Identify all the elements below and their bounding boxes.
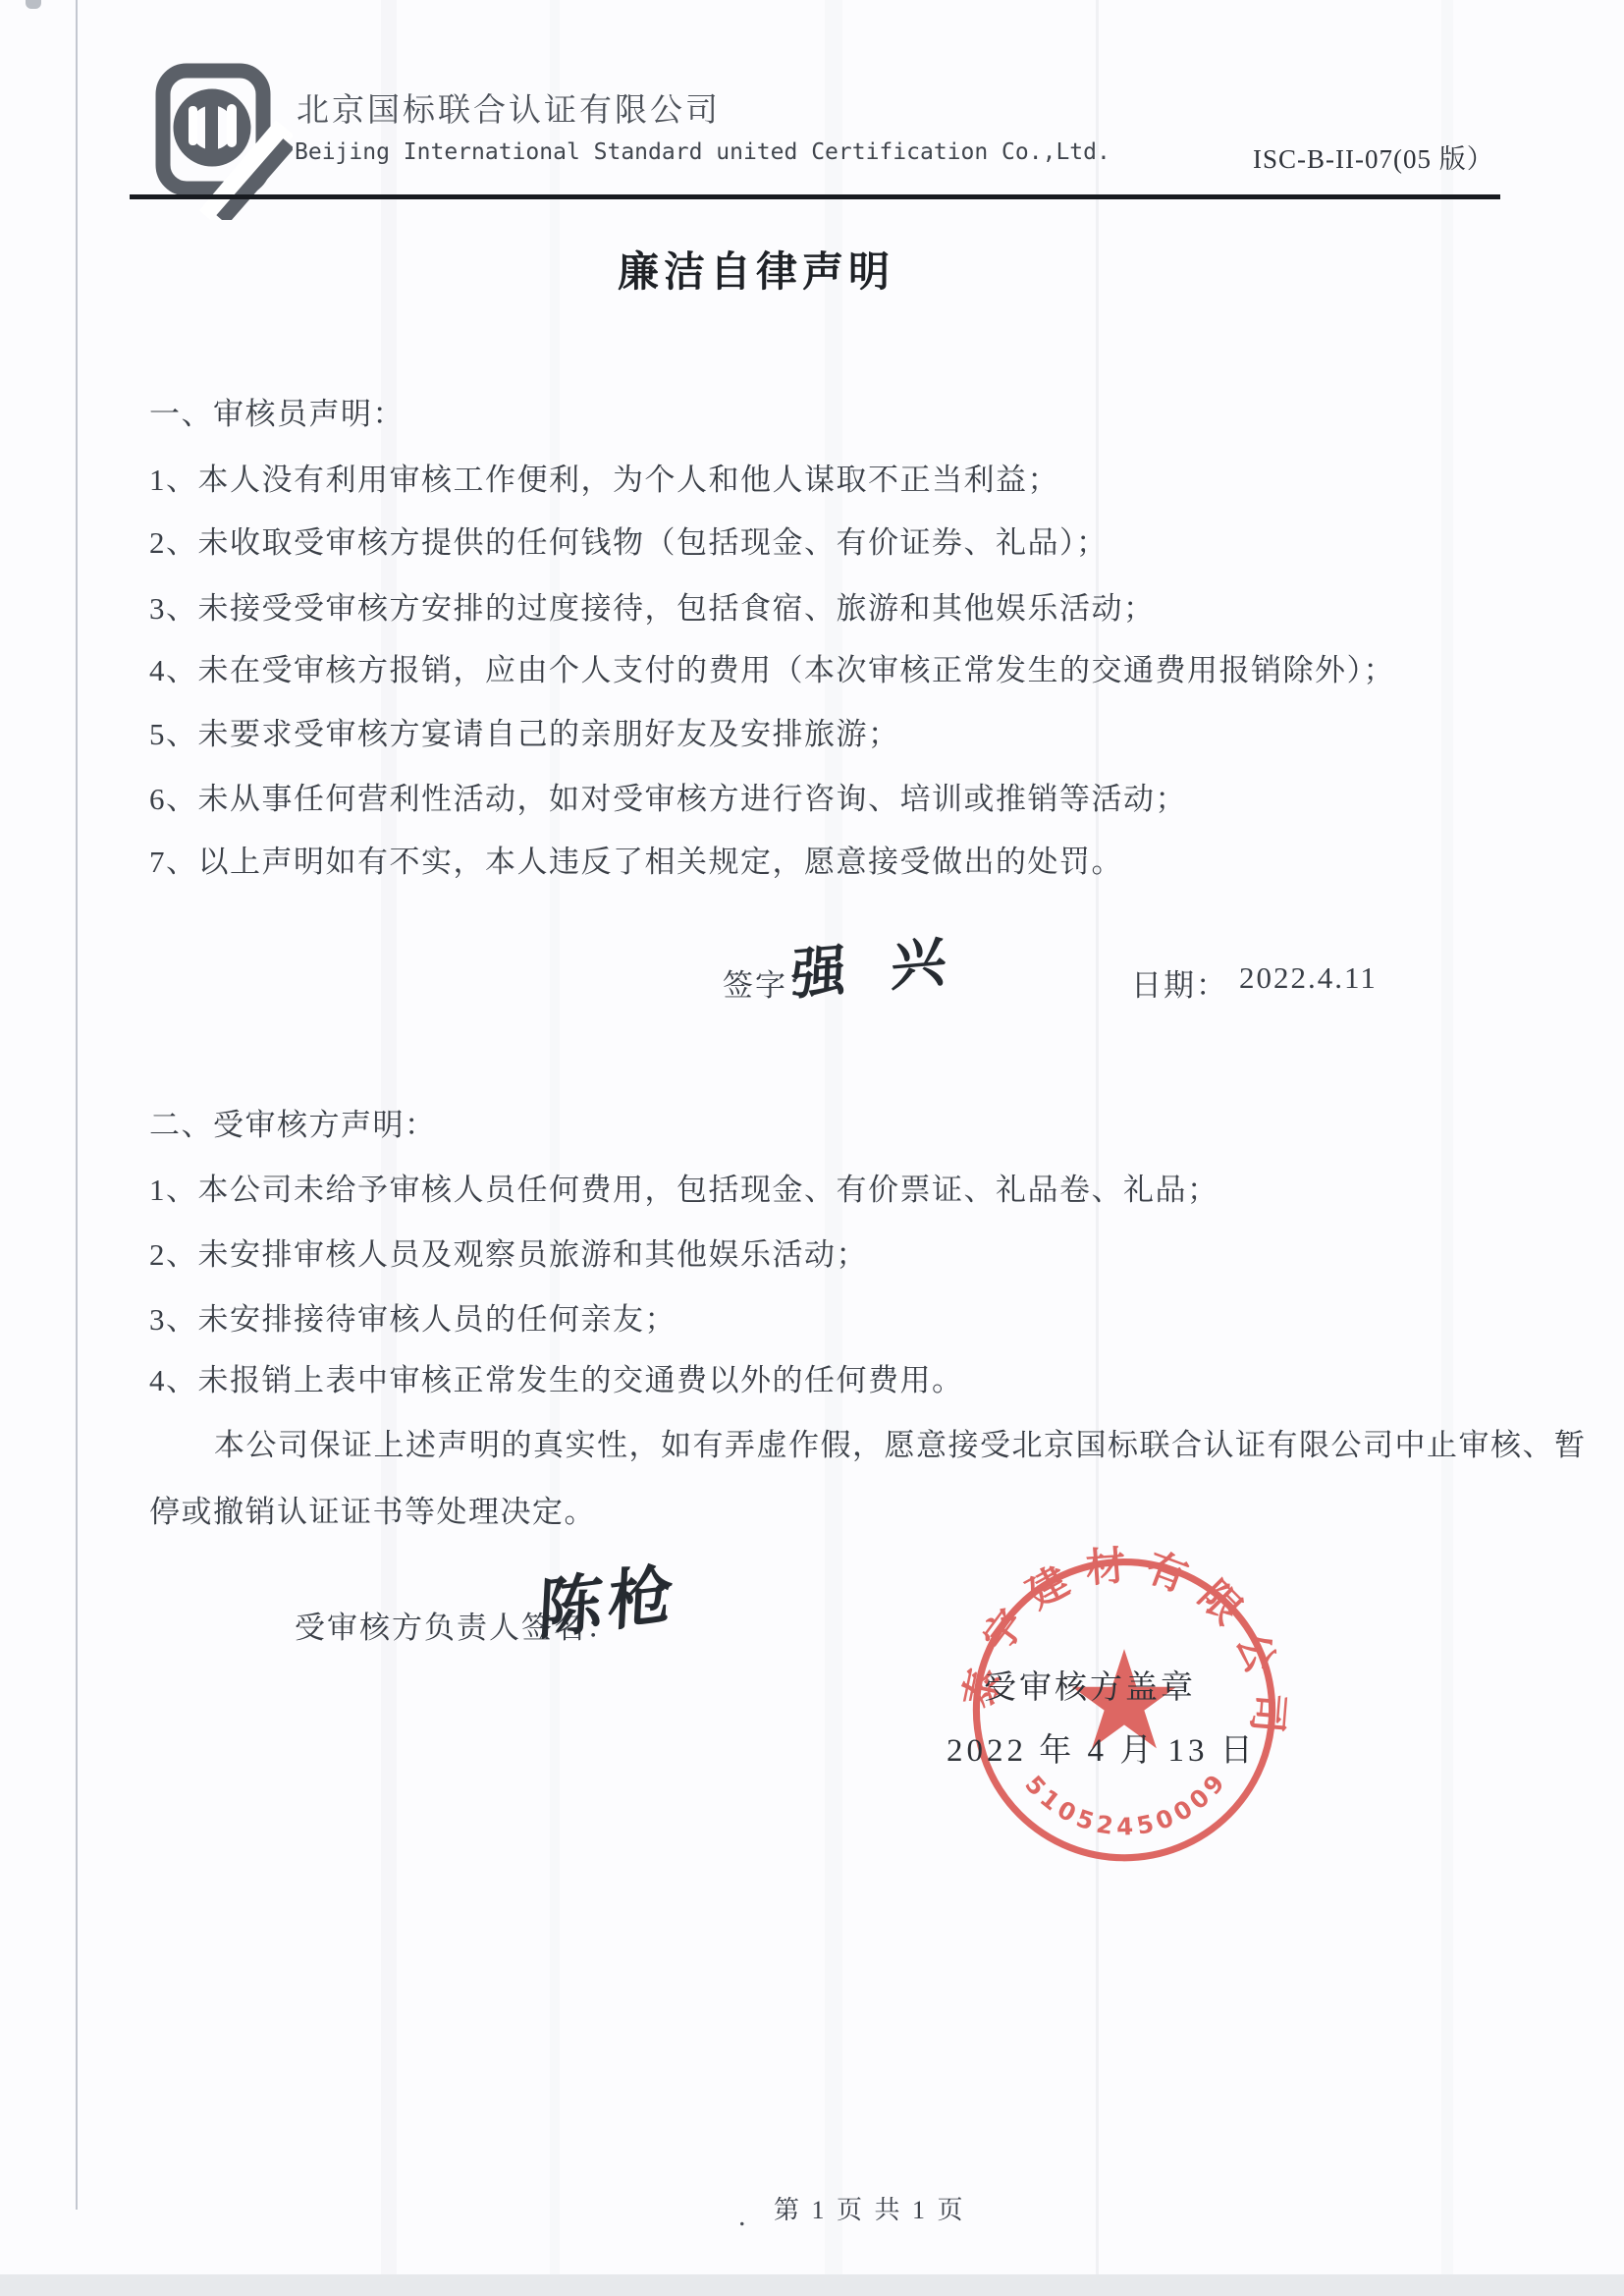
section1-item-2: 2、未收取受审核方提供的任何钱物（包括现金、有价证券、礼品）； [149,518,1109,562]
section1-item-4: 4、未在受审核方报销，应由个人支付的费用（本次审核正常发生的交通费用报销除外）； [149,645,1395,689]
section2-heading: 二、受审核方声明： [149,1100,437,1144]
company-name-chinese: 北京国标联合认证有限公司 [297,84,721,131]
document-title: 廉洁自律声明 [0,240,1512,299]
certification-company-logo-icon [153,63,293,225]
section2-item-2: 2、未安排审核人员及观察员旅游和其他娱乐活动； [149,1230,868,1274]
header-divider [130,194,1500,199]
document-code: ISC-B-II-07(05 版） [1253,137,1494,176]
company-name-english: Beijing International Standard united Ce… [295,139,1110,165]
auditee-seal-date: 2022 年 4 月 13 日 [947,1724,1257,1771]
scan-streak [381,0,397,2296]
pledge-line-1: 本公司保证上述声明的真实性，如有弄虚作假，愿意接受北京国标联合认证有限公司中止审… [214,1420,1587,1464]
scan-corner-mark [26,0,41,9]
scan-bottom-edge [0,2274,1624,2296]
section1-item-5: 5、未要求受审核方宴请自己的亲朋好友及安排旅游； [149,709,900,753]
section2-item-1: 1、本公司未给予审核人员任何费用，包括现金、有价票证、礼品卷、礼品； [149,1165,1219,1209]
section1-heading: 一、审核员声明： [149,389,405,433]
auditor-date-label: 日期： [1131,960,1228,1005]
scan-artifact-line [76,0,78,2210]
scan-streak [825,0,842,2296]
auditor-date-value: 2022.4.11 [1239,960,1378,996]
scan-streak [1096,0,1099,2296]
scan-streak [550,0,560,2296]
section1-item-6: 6、未从事任何营利性活动，如对受审核方进行咨询、培训或推销等活动； [149,774,1187,818]
auditee-seal-label: 受审核方盖章 [984,1662,1196,1708]
section1-item-1: 1、本人没有利用审核工作便利，为个人和他人谋取不正当利益； [149,455,1059,499]
scan-streak [1441,0,1453,2296]
footer-page-info: 第 1 页 共 1 页 [774,2190,966,2226]
pledge-line-2: 停或撤销认证证书等处理决定。 [149,1487,596,1531]
auditor-signature-handwriting: 强兴 [789,914,993,1011]
footer-dot: . [738,2200,746,2233]
section2-item-4: 4、未报销上表中审核正常发生的交通费以外的任何费用。 [149,1355,964,1399]
section2-item-3: 3、未安排接待审核人员的任何亲友； [149,1294,677,1339]
section1-item-7: 7、以上声明如有不实，本人违反了相关规定，愿意接受做出的处罚。 [149,837,1123,881]
auditee-signature-handwriting: 陈枪 [536,1541,681,1653]
section1-item-3: 3、未接受受审核方安排的过度接待，包括食宿、旅游和其他娱乐活动； [149,583,1156,628]
scanned-document-page: 北京国标联合认证有限公司 Beijing International Stand… [0,0,1624,2296]
